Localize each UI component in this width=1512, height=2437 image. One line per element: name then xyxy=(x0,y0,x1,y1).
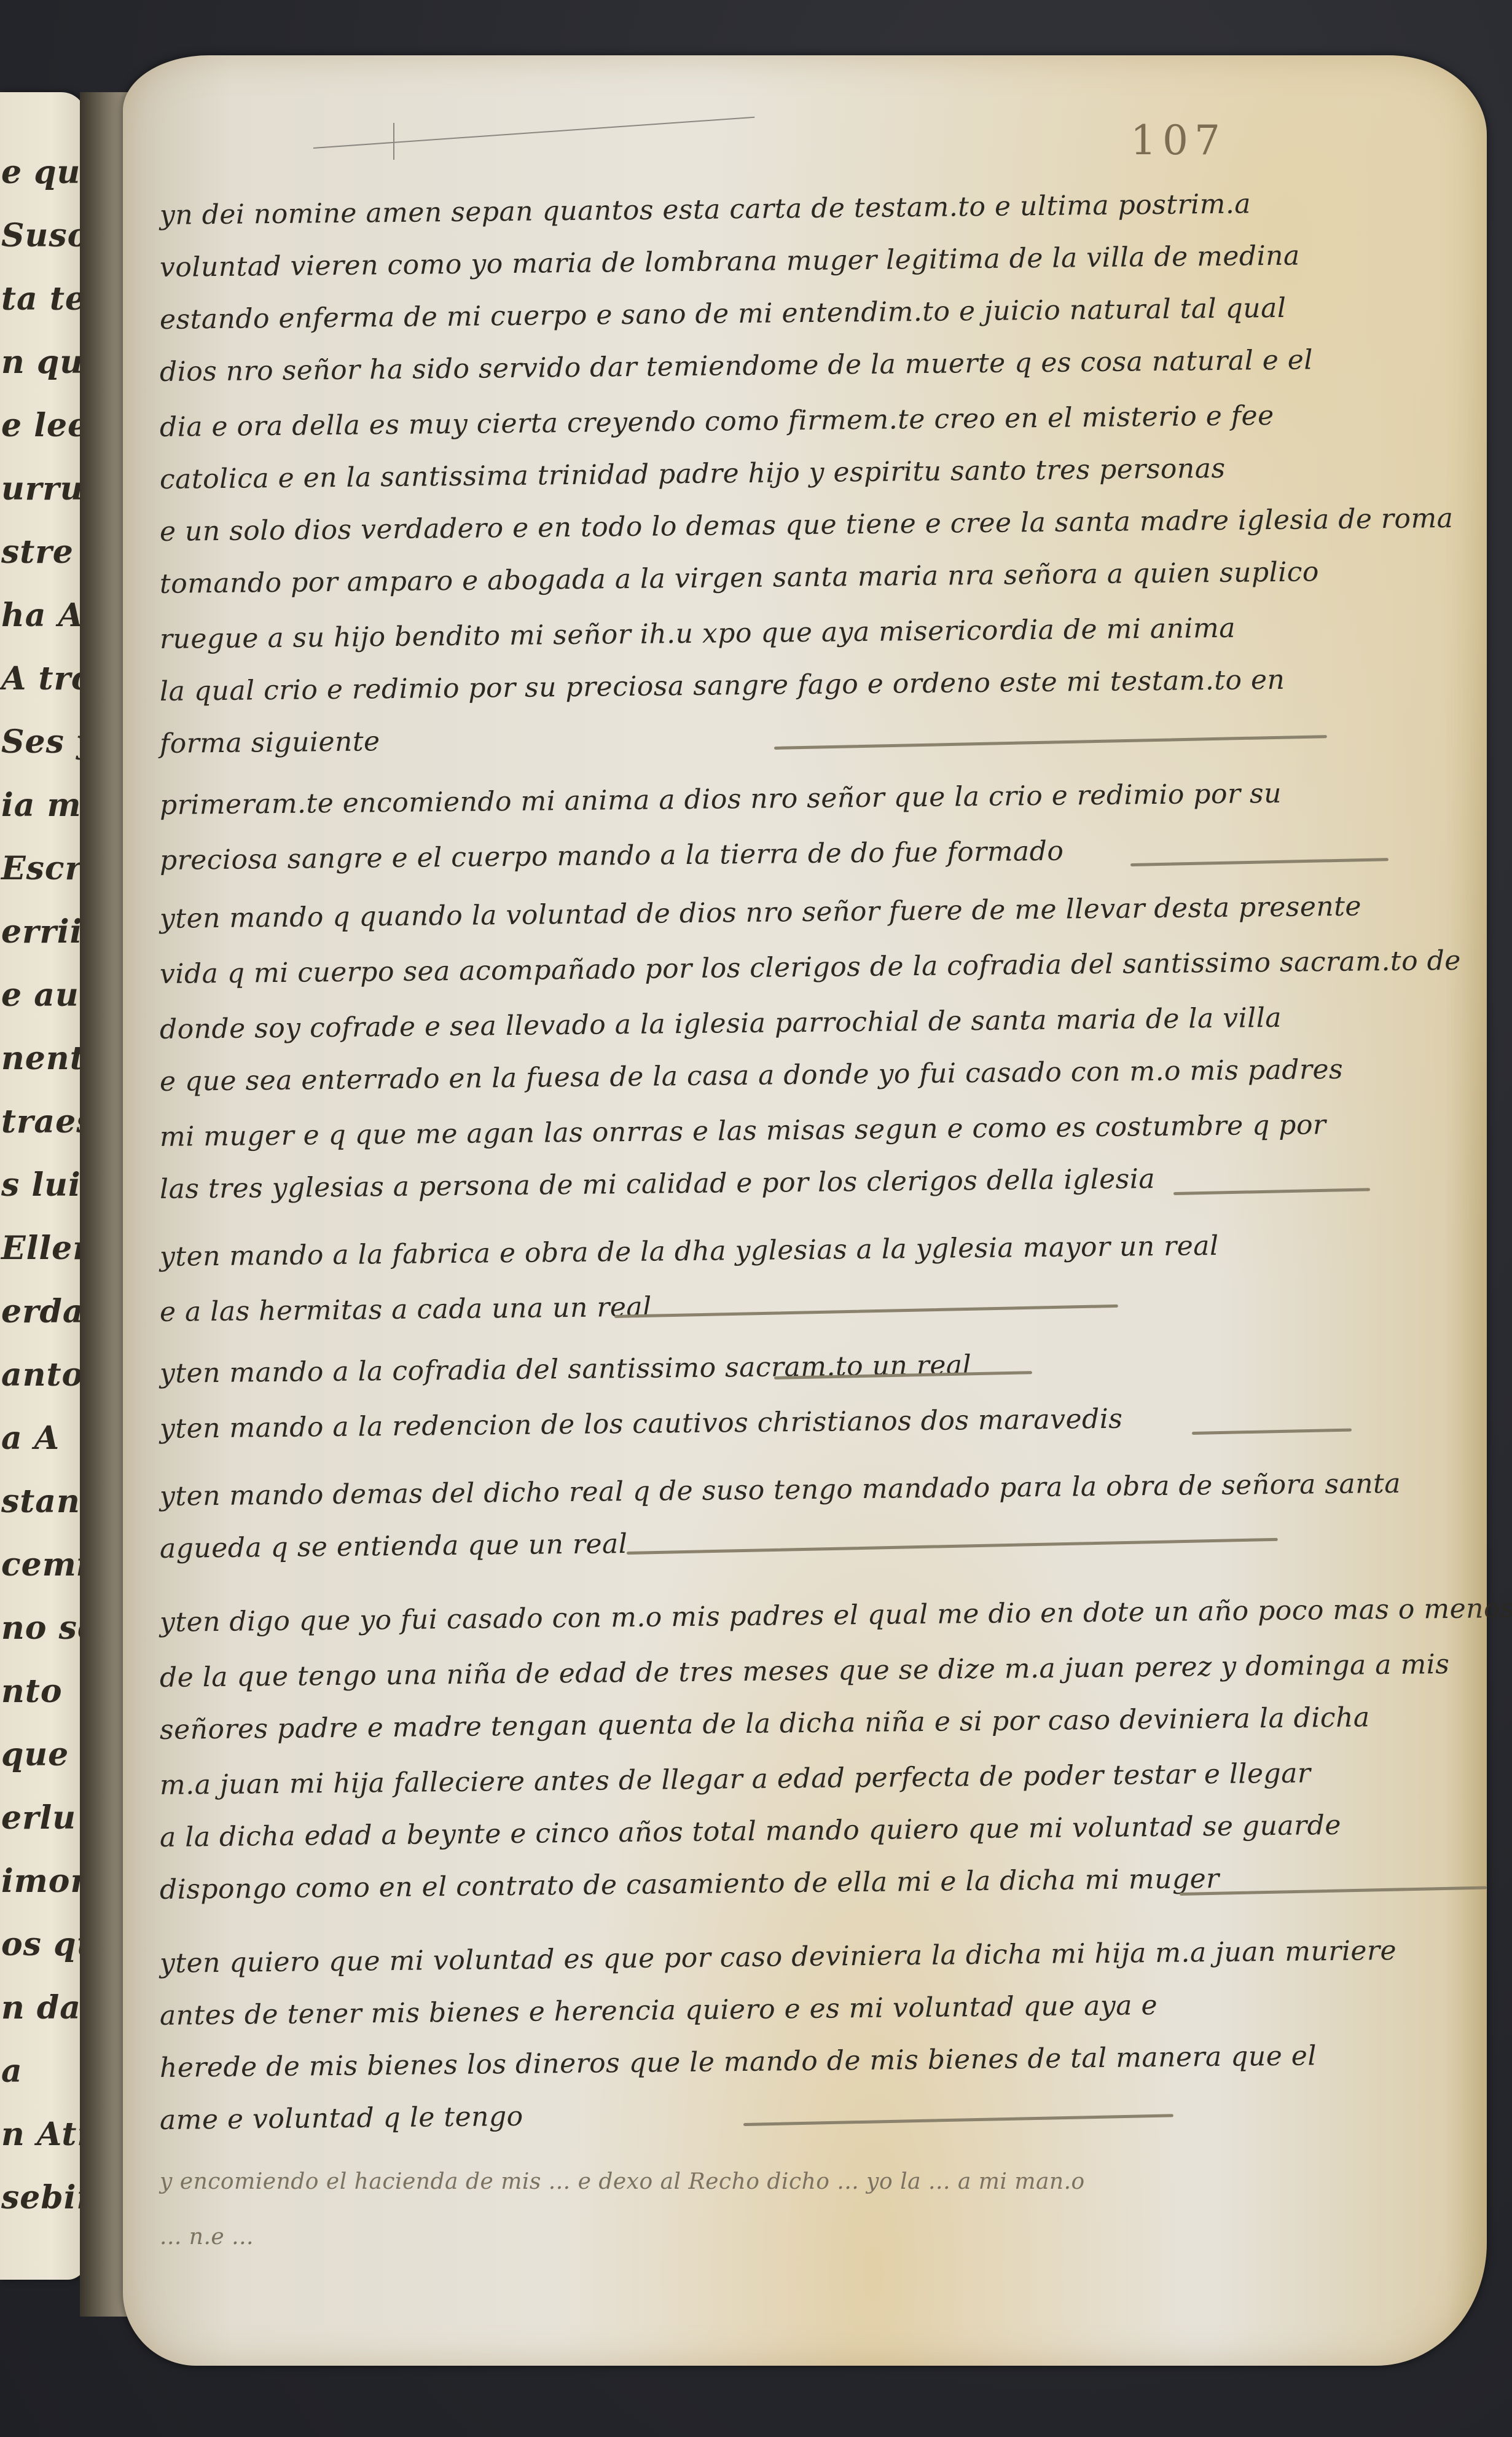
paragraph-end-flourish xyxy=(1173,1188,1370,1195)
left-page-line: nentar xyxy=(1,1040,86,1077)
manuscript-line: de la que tengo una niña de edad de tres… xyxy=(160,1649,1450,1693)
manuscript-line: la qual crio e redimio por su preciosa s… xyxy=(160,664,1285,707)
left-page-line: ha Amy xyxy=(1,597,86,634)
left-page-line: sebin xyxy=(1,2179,86,2216)
manuscript-line: yten mando a la redencion de los cautivo… xyxy=(160,1403,1123,1445)
left-page-line: que xyxy=(1,1736,69,1773)
left-page-line: e leec xyxy=(1,407,86,444)
left-page-line: ia ma xyxy=(1,787,86,824)
pencil-mark xyxy=(313,117,754,149)
left-page-line: traes xyxy=(1,1103,86,1140)
left-page-line: erda xyxy=(1,1293,84,1330)
manuscript-line: yten quiero que mi voluntad es que por c… xyxy=(160,1935,1397,1979)
manuscript-line: vida q mi cuerpo sea acompañado por los … xyxy=(160,945,1461,990)
left-page-line: urruu xyxy=(1,470,86,508)
left-page-line: a A xyxy=(1,1419,60,1457)
left-page-line: nto xyxy=(1,1673,63,1710)
manuscript-line: ruegue a su hijo bendito mi señor ih.u x… xyxy=(160,613,1236,655)
manuscript-line: herede de mis bienes los dineros que le … xyxy=(160,2040,1317,2084)
left-page-line: stan E xyxy=(1,1483,86,1520)
manuscript-line: preciosa sangre e el cuerpo mando a la t… xyxy=(160,836,1064,876)
paragraph-end-flourish xyxy=(614,1305,1118,1318)
left-page-line: n quel xyxy=(1,343,86,381)
manuscript-line: yten mando q quando la voluntad de dios … xyxy=(160,891,1361,935)
left-page-line: stre xyxy=(1,533,74,571)
paragraph-end-flourish xyxy=(774,735,1327,750)
left-page-line: Susod xyxy=(1,217,86,254)
left-page-line: Escrit xyxy=(1,850,86,887)
manuscript-line: dia e ora della es muy cierta creyendo c… xyxy=(160,400,1274,443)
manuscript-line: forma siguiente xyxy=(160,726,380,759)
left-page-line: erlu xyxy=(1,1799,76,1837)
manuscript-line: agueda q se entienda que un real xyxy=(160,1528,628,1564)
manuscript-line: primeram.te encomiendo mi anima a dios n… xyxy=(160,778,1282,821)
left-page-line: e quel xyxy=(1,154,86,191)
manuscript-line: ame e voluntad q le tengo xyxy=(160,2101,523,2136)
left-page-line: anto xyxy=(1,1356,84,1394)
left-page-line: imon xyxy=(1,1862,86,1900)
manuscript-line: yten mando a la fabrica e obra de la dha… xyxy=(160,1230,1219,1273)
left-page-line: a xyxy=(1,2052,23,2090)
manuscript-line: voluntad vieren como yo maria de lombran… xyxy=(160,240,1300,283)
manuscript-line: m.a juan mi hija falleciere antes de lle… xyxy=(160,1757,1311,1801)
manuscript-line: catolica e en la santissima trinidad pad… xyxy=(160,453,1226,495)
manuscript-line: yten digo que yo fui casado con m.o mis … xyxy=(160,1593,1512,1638)
manuscript-line: dios nro señor ha sido servido dar temie… xyxy=(160,344,1313,388)
left-facing-page: e quelSusodta tegun quele leecurruustreh… xyxy=(0,92,86,2280)
left-page-line: erriit xyxy=(1,913,86,951)
manuscript-line: e que sea enterrado en la fuesa de la ca… xyxy=(160,1054,1344,1097)
manuscript-line: tomando por amparo e abogada a la virgen… xyxy=(160,556,1319,600)
manuscript-line: estando enferma de mi cuerpo e sano de m… xyxy=(160,292,1287,336)
folio-number: 107 xyxy=(1130,117,1226,164)
left-page-line: e auia xyxy=(1,976,86,1014)
manuscript-line: dispongo como en el contrato de casamien… xyxy=(160,1863,1220,1905)
manuscript-line: antes de tener mis bienes e herencia qui… xyxy=(160,1990,1158,2031)
left-page-line: no se xyxy=(1,1609,86,1647)
left-page-line: ta tegu xyxy=(1,280,86,318)
paragraph-end-flourish xyxy=(627,1538,1278,1555)
paragraph-end-flourish xyxy=(743,2114,1173,2126)
left-page-line: os qu xyxy=(1,1926,86,1963)
manuscript-line: yten mando a la cofradia del santissimo … xyxy=(160,1349,972,1389)
left-page-line: n da xyxy=(1,1989,81,2027)
manuscript-line: yn dei nomine amen sepan quantos esta ca… xyxy=(160,188,1252,231)
left-page-line: Ses yn xyxy=(1,723,86,761)
manuscript-line: señores padre e madre tengan quenta de l… xyxy=(160,1701,1370,1746)
manuscript-line: donde soy cofrade e sea llevado a la igl… xyxy=(160,1002,1282,1045)
manuscript-line: mi muger e q que me agan las onrras e la… xyxy=(160,1109,1326,1153)
manuscript-line: e un solo dios verdadero e en todo lo de… xyxy=(160,503,1454,547)
faded-bottom-note: ... n.e ... xyxy=(160,2224,254,2250)
left-page-line: s luis xyxy=(1,1166,86,1204)
paragraph-end-flourish xyxy=(1130,858,1389,866)
left-page-line: A trco xyxy=(1,660,86,697)
left-page-line: cemi xyxy=(1,1546,86,1583)
paragraph-end-flourish xyxy=(1192,1429,1352,1435)
faded-bottom-note: y encomiendo el hacienda de mis ... e de… xyxy=(160,2169,1085,2194)
manuscript-line: a la dicha edad a beynte e cinco años to… xyxy=(160,1810,1341,1853)
left-page-line: n Atm xyxy=(1,2116,86,2153)
paragraph-end-flourish xyxy=(1180,1886,1487,1896)
manuscript-page: 107 yn dei nomine amen sepan quantos est… xyxy=(123,55,1487,2366)
left-page-line: Eller xyxy=(1,1230,86,1267)
manuscript-line: e a las hermitas a cada una un real xyxy=(160,1292,652,1328)
pencil-tick-mark xyxy=(393,123,394,160)
manuscript-line: yten mando demas del dicho real q de sus… xyxy=(160,1468,1401,1512)
manuscript-line: las tres yglesias a persona de mi calida… xyxy=(160,1163,1156,1205)
